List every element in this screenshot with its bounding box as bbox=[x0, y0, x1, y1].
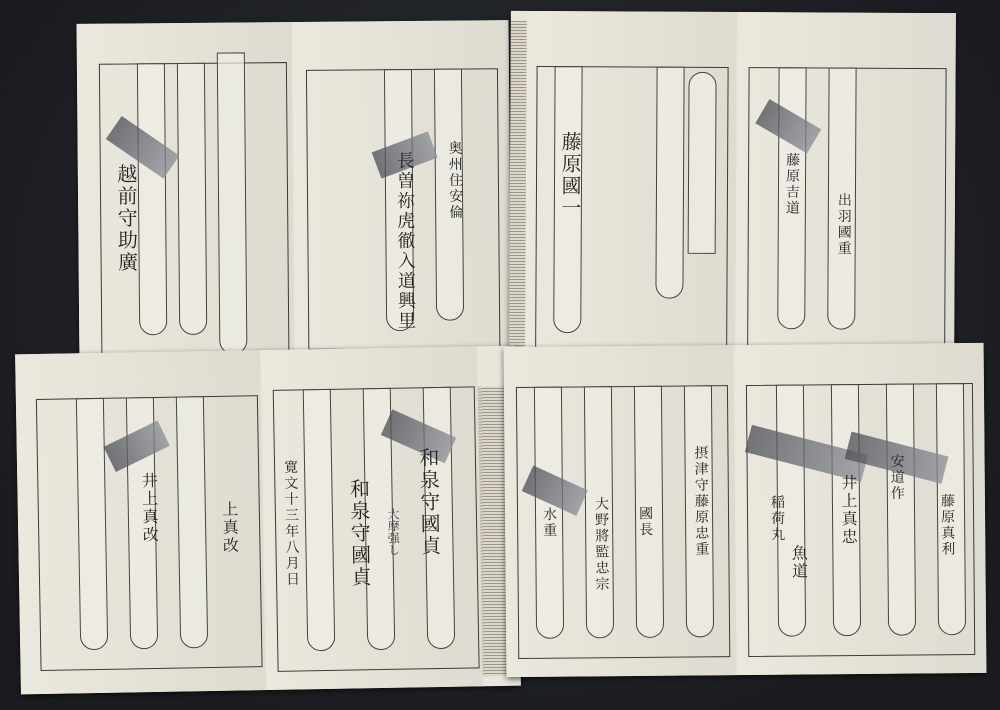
page-right: 稲荷丸 魚道 井上真忠 安道作 藤原真利 bbox=[736, 343, 987, 675]
inscription: 越前守助廣 bbox=[112, 163, 142, 273]
sword-blade bbox=[303, 389, 336, 651]
sword-blade bbox=[76, 398, 108, 650]
page-edges bbox=[509, 21, 527, 351]
inscription: 稲荷丸 bbox=[767, 495, 787, 543]
inscription: 長曽祢虎徹入道興里 bbox=[391, 151, 419, 331]
book-bottom-left: 井上真改 上真改 寛文十三年八月日 和泉守國貞 和泉守國貞 大摩强し bbox=[15, 346, 521, 695]
inscription: 摂津守藤原忠重 bbox=[690, 445, 711, 557]
inscription: 和泉守國貞 bbox=[414, 447, 445, 557]
inscription: 藤原國一 bbox=[556, 131, 585, 219]
book-bottom-right: 水重 國長 摂津守藤原忠重 大野將監忠宗 稲荷丸 魚道 井上真忠 安道作 藤原真… bbox=[504, 343, 987, 677]
book-top-left: 越前守助廣 長曽祢虎徹入道興里 奥州住安倫 bbox=[77, 20, 512, 364]
sword-blade-dragon bbox=[217, 52, 248, 354]
inscription: 出羽國重 bbox=[834, 193, 854, 257]
inscription: 安道作 bbox=[887, 454, 907, 502]
page-left: 井上真改 上真改 bbox=[15, 350, 266, 694]
inscription: 國長 bbox=[635, 506, 655, 538]
page-left: 水重 國長 摂津守藤原忠重 大野將監忠宗 bbox=[504, 345, 737, 677]
inscription: 上真改 bbox=[218, 500, 242, 554]
sword-blade bbox=[177, 63, 207, 335]
inscription: 藤原吉道 bbox=[782, 152, 802, 216]
page-left: 越前守助廣 bbox=[77, 22, 295, 364]
inscription: 寛文十三年八月日 bbox=[280, 459, 302, 587]
sword-blade bbox=[655, 67, 684, 299]
sword-blade bbox=[176, 396, 208, 648]
page-right: 長曽祢虎徹入道興里 奥州住安倫 bbox=[294, 20, 512, 362]
sword-blade bbox=[137, 63, 167, 335]
inscription: 水重 bbox=[539, 507, 559, 539]
inscription: 藤原真利 bbox=[937, 493, 958, 557]
sword-blade bbox=[886, 384, 916, 636]
inscription: 大野將監忠宗 bbox=[591, 496, 612, 592]
inscription: 井上真忠 bbox=[837, 474, 861, 546]
inscription-small: 大摩强し bbox=[385, 508, 403, 556]
page-right: 藤原吉道 出羽國重 bbox=[737, 12, 956, 358]
sword-blade-tanto bbox=[688, 72, 717, 254]
inscription: 和泉守國貞 bbox=[344, 478, 375, 588]
inscription: 魚道 bbox=[787, 544, 810, 580]
page-right: 寛文十三年八月日 和泉守國貞 和泉守國貞 大摩强し bbox=[262, 346, 483, 690]
inscription: 奥州住安倫 bbox=[445, 141, 466, 221]
book-top-right: 藤原國一 藤原吉道 出羽國重 bbox=[509, 11, 956, 358]
inscription: 井上真改 bbox=[137, 472, 161, 544]
page-left: 藤原國一 bbox=[525, 11, 737, 357]
